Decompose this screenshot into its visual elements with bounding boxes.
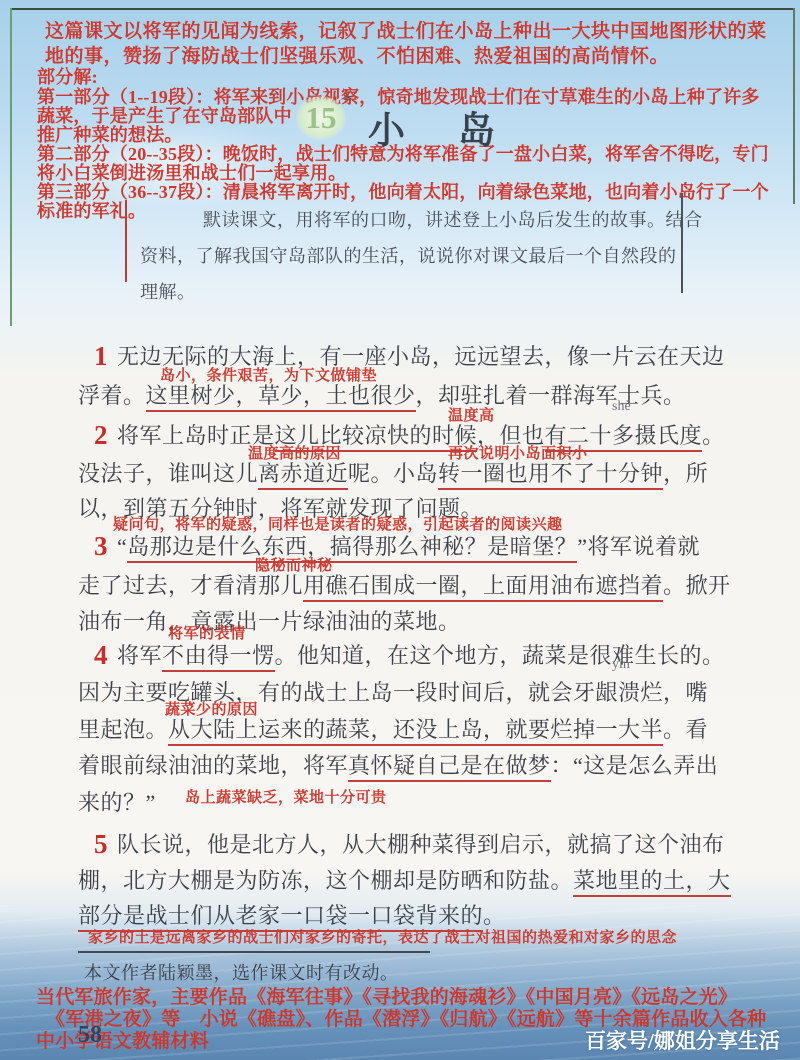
text-run: ”将军说着就 bbox=[577, 534, 700, 559]
watermark: 百家号/娜姐分享生活 bbox=[585, 1025, 780, 1055]
para4-line-5: 来的？” bbox=[78, 786, 156, 817]
underlined-text: 菜地里的土，大 bbox=[573, 868, 731, 897]
para2-line-2: 没法子，谁叫这儿离赤道近呢。小岛转一圈也用不了十分钟，所 bbox=[78, 457, 708, 488]
intro-annotation-line-1: 这篇课文以将军的见闻为线索，记叙了战士们在小岛上种出一大块中国地图形状的菜 bbox=[45, 16, 767, 43]
textbook-photo-page: { "colors":{"annotation_red":"#cd3a30","… bbox=[0, 0, 800, 1060]
text-run: 。 bbox=[702, 423, 725, 448]
text-run: 浮着。 bbox=[78, 383, 146, 408]
para3-line-2: 走了过去，才看清那儿用礁石围成一圈，上面用油布遮挡着。掀开 bbox=[78, 569, 731, 600]
part3-line-2: 标准的军礼。 bbox=[37, 197, 146, 223]
pinyin-yin: yín bbox=[612, 657, 630, 673]
task-line-1: 默读课文，用将军的口吻，讲述登上小岛后发生的故事。结合 bbox=[203, 206, 703, 232]
text-run: 没法子，谁叫这儿 bbox=[78, 461, 258, 486]
para4-line-4: 着眼前绿油油的菜地，将军真怀疑自己是在做梦：“这是怎么弄出 bbox=[78, 749, 718, 780]
para1-number: 1 bbox=[94, 341, 108, 371]
para5-number: 5 bbox=[94, 829, 108, 859]
underlined-text: 用礁石围成一圈，上面用油布遮挡着 bbox=[303, 573, 663, 602]
page-number: 58 bbox=[78, 1022, 102, 1049]
text-run: 。看 bbox=[663, 717, 708, 742]
text-run: ，所 bbox=[663, 461, 708, 486]
para5-line-1: 5队长说，他是北方人，从大棚种菜得到启示，就搞了这个油布 bbox=[94, 828, 725, 860]
underlined-text: 真怀疑自己是在做梦 bbox=[348, 753, 551, 782]
lesson-title: 小 岛 bbox=[368, 100, 503, 154]
underlined-text: 这里树少，草少，土也很少 bbox=[146, 383, 416, 412]
para4-line-1: 4将军不由得一愣。他知道，在这个地方，蔬菜是很难生长的。 bbox=[94, 639, 725, 671]
text-run: 。 bbox=[483, 903, 506, 928]
para3-line-1: 3“岛那边是什么东西，搞得那么神秘？是暗堡？”将军说着就 bbox=[94, 530, 700, 562]
underlined-text: 岛那边是什么东西，搞得那么神秘？是暗堡？ bbox=[127, 534, 577, 563]
underlined-text: 从大陆上运来的蔬菜，还没上岛，就要烂掉一大半 bbox=[168, 717, 663, 746]
footnote-divider bbox=[78, 951, 430, 953]
para5-margin-note-bottom: 家乡的土是远离家乡的战士们对家乡的寄托，表达了战士对祖国的热爱和对家乡的思念 bbox=[88, 926, 677, 947]
para4-number: 4 bbox=[94, 640, 108, 670]
underlined-text: 转一圈也用不了十分钟 bbox=[438, 461, 663, 490]
underlined-text: 不由得一愣 bbox=[162, 643, 275, 672]
lesson-number: 15 bbox=[306, 100, 337, 135]
page-frame-right-line bbox=[793, 8, 795, 204]
footer-annotation-line-3: 中小学语文教辅材料 bbox=[36, 1026, 209, 1053]
page-frame-left-line bbox=[10, 8, 12, 326]
text-run: “ bbox=[117, 534, 127, 559]
intro-annotation-line-2: 地的事，赞扬了海防战士们坚强乐观、不怕困难、热爱祖国的高尚情怀。 bbox=[45, 41, 669, 68]
text-run: 着眼前绿油油的菜地，将军 bbox=[78, 753, 348, 778]
para1-line-2: 浮着。这里树少，草少，土也很少，却驻扎着一群海军士兵。 bbox=[78, 379, 686, 410]
text-run: 。掀开 bbox=[663, 573, 731, 598]
para4-line-3: 里起泡。从大陆上运来的蔬菜，还没上岛，就要烂掉一大半。看 bbox=[78, 713, 708, 744]
para3-line-3: 油布一角，竟露出一片绿油油的菜地。 bbox=[78, 605, 461, 636]
pinyin-she: shè bbox=[612, 399, 631, 415]
part3-line-1: 第三部分（36--37段）：清晨将军离开时，他向着太阳，向着绿色菜地，也向着小岛… bbox=[37, 178, 769, 204]
lesson-star-mark: * bbox=[344, 92, 352, 110]
para2-number: 2 bbox=[94, 420, 108, 450]
text-run: 里起泡。 bbox=[78, 717, 168, 742]
task-line-2: 资料，了解我国守岛部队的生活，说说你对课文最后一个自然段的 bbox=[140, 242, 677, 268]
para3-number: 3 bbox=[94, 531, 108, 561]
text-run: 呢。小岛 bbox=[348, 461, 438, 486]
lesson-number-badge: 15 bbox=[296, 96, 346, 140]
para2-line-1: 2将军上岛时正是这儿比较凉快的时候，但也有二十多摄氏度。 bbox=[94, 419, 725, 451]
task-box-left-bar bbox=[125, 200, 127, 282]
underlined-text: 离赤道近 bbox=[258, 461, 348, 490]
task-line-3: 理解。 bbox=[140, 278, 196, 304]
para4-margin-note-bottom: 岛上蔬菜缺乏，菜地十分可贵 bbox=[185, 786, 387, 807]
text-run: 将军 bbox=[117, 643, 162, 668]
text-run: 走了过去，才看清那儿 bbox=[78, 573, 303, 598]
text-run: 。他知道，在这个地方，蔬菜是很难生长的。 bbox=[275, 643, 725, 668]
page-frame-top-line bbox=[10, 8, 794, 10]
text-run: 队长说，他是北方人，从大棚种菜得到启示，就搞了这个油布 bbox=[117, 832, 725, 857]
text-run: 棚，北方大棚是为防冻，这个棚却是防晒和防盐。 bbox=[78, 868, 573, 893]
para5-line-2: 棚，北方大棚是为防冻，这个棚却是防晒和防盐。菜地里的土，大 bbox=[78, 864, 731, 895]
text-run: ：“这是怎么弄出 bbox=[551, 753, 719, 778]
